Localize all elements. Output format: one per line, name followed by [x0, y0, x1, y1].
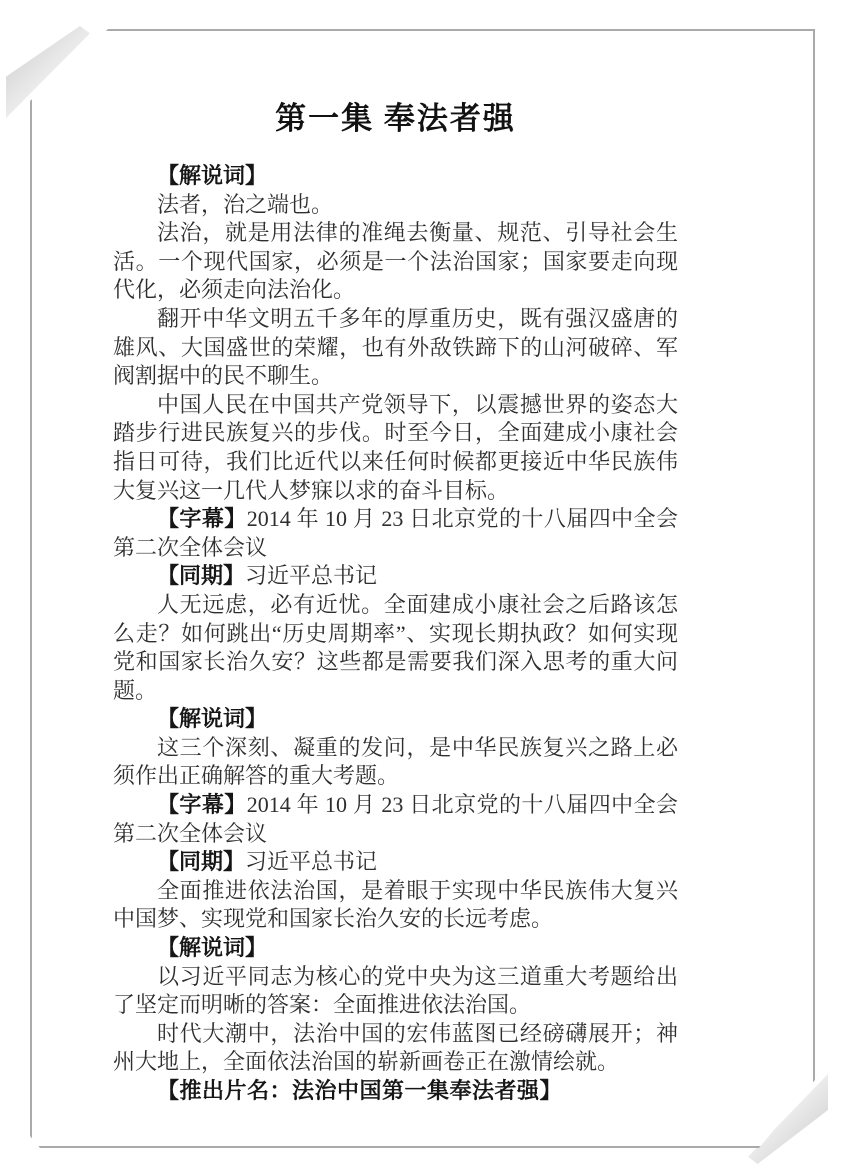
- paragraph-text: 习近平总书记: [245, 563, 377, 588]
- document-content: 第一集 奉法者强 【解说词】 法者，治之端也。 法治，就是用法律的准绳去衡量、规…: [113, 98, 678, 1106]
- caption-label: 【字幕】: [157, 792, 247, 817]
- sync-sound-block: 【同期】习近平总书记: [113, 562, 678, 591]
- paragraph-text: 人无远虑，必有近忧。全面建成小康社会之后路该怎么走？如何跳出“历史周期率”、实现…: [113, 592, 678, 703]
- paragraph: 中国人民在中国共产党领导下，以震撼世界的姿态大踏步行进民族复兴的步伐。时至今日，…: [113, 391, 678, 505]
- paragraph: 翻开中华文明五千多年的厚重历史，既有强汉盛唐的雄风、大国盛世的荣耀，也有外敌铁蹄…: [113, 305, 678, 391]
- paragraph-text: 时代大潮中，法治中国的宏伟蓝图已经磅礴展开；神州大地上，全面依法治国的崭新画卷正…: [113, 1021, 678, 1075]
- paragraph: 人无远虑，必有近忧。全面建成小康社会之后路该怎么走？如何跳出“历史周期率”、实现…: [113, 591, 678, 705]
- document-title: 第一集 奉法者强: [113, 98, 678, 140]
- sync-sound-label: 【同期】: [157, 849, 245, 874]
- episode-title-label: 【推出片名：法治中国第一集奉法者强】: [157, 1078, 562, 1103]
- paragraph: 全面推进依法治国，是着眼于实现中华民族伟大复兴中国梦、实现党和国家长治久安的长远…: [113, 877, 678, 934]
- narration-label: 【解说词】: [157, 706, 267, 731]
- paragraph-text: 全面推进依法治国，是着眼于实现中华民族伟大复兴中国梦、实现党和国家长治久安的长远…: [113, 878, 678, 932]
- episode-title-card: 【推出片名：法治中国第一集奉法者强】: [113, 1077, 678, 1106]
- section-label-block: 【解说词】: [113, 162, 678, 191]
- caption-label: 【字幕】: [157, 506, 247, 531]
- paragraph-text: 习近平总书记: [245, 849, 377, 874]
- caption-block: 【字幕】2014 年 10 月 23 日北京党的十八届四中全会第二次全体会议: [113, 505, 678, 562]
- section-label-block: 【解说词】: [113, 705, 678, 734]
- caption-block: 【字幕】2014 年 10 月 23 日北京党的十八届四中全会第二次全体会议: [113, 791, 678, 848]
- paragraph: 法治，就是用法律的准绳去衡量、规范、引导社会生活。一个现代国家，必须是一个法治国…: [113, 219, 678, 305]
- paragraph: 这三个深刻、凝重的发问，是中华民族复兴之路上必须作出正确解答的重大考题。: [113, 734, 678, 791]
- paragraph-text: 翻开中华文明五千多年的厚重历史，既有强汉盛唐的雄风、大国盛世的荣耀，也有外敌铁蹄…: [113, 306, 678, 388]
- paragraph-text: 这三个深刻、凝重的发问，是中华民族复兴之路上必须作出正确解答的重大考题。: [113, 735, 678, 789]
- sync-sound-block: 【同期】习近平总书记: [113, 848, 678, 877]
- page-background: { "colors": { "page_background": "#fffff…: [0, 0, 845, 1171]
- sync-sound-label: 【同期】: [157, 563, 245, 588]
- paragraph: 法者，治之端也。: [113, 191, 678, 220]
- paragraph-text: 法治，就是用法律的准绳去衡量、规范、引导社会生活。一个现代国家，必须是一个法治国…: [113, 220, 678, 302]
- section-label-block: 【解说词】: [113, 934, 678, 963]
- narration-label: 【解说词】: [157, 935, 267, 960]
- paragraph-text: 法者，治之端也。: [157, 192, 333, 217]
- narration-label: 【解说词】: [157, 163, 267, 188]
- paragraph: 以习近平同志为核心的党中央为这三道重大考题给出了坚定而明晰的答案：全面推进依法治…: [113, 963, 678, 1020]
- paragraph: 时代大潮中，法治中国的宏伟蓝图已经磅礴展开；神州大地上，全面依法治国的崭新画卷正…: [113, 1020, 678, 1077]
- paragraph-text: 中国人民在中国共产党领导下，以震撼世界的姿态大踏步行进民族复兴的步伐。时至今日，…: [113, 392, 678, 503]
- paragraph-text: 以习近平同志为核心的党中央为这三道重大考题给出了坚定而明晰的答案：全面推进依法治…: [113, 964, 678, 1018]
